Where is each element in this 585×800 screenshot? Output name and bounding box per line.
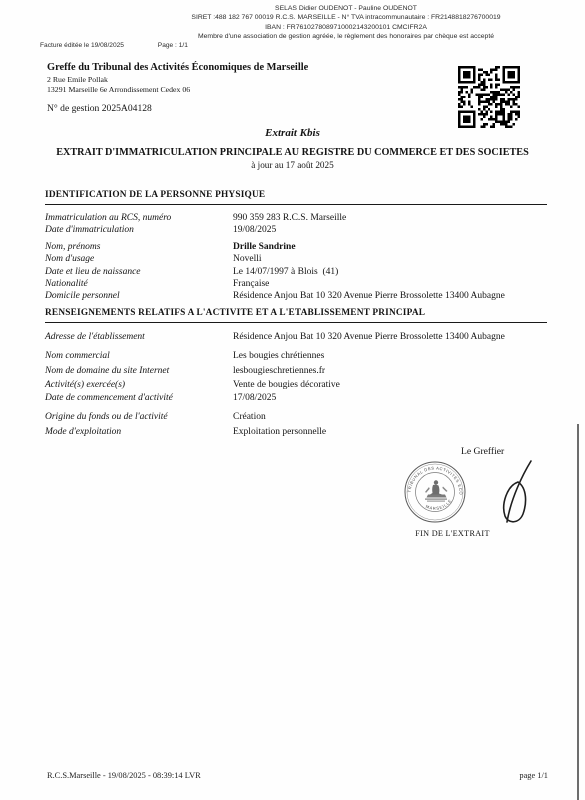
invoice-header-line4: Membre d'une association de gestion agré… — [148, 32, 544, 41]
invoice-header: SELAS Didier OUDENOT - Pauline OUDENOT S… — [148, 4, 544, 41]
greffe-address-line2: 13291 Marseille 6e Arrondissement Cedex … — [47, 85, 308, 95]
field-row-rcs-number: Immatriculation au RCS, numéro 990 359 2… — [45, 212, 547, 224]
field-value: Résidence Anjou Bat 10 320 Avenue Pierre… — [233, 331, 505, 343]
field-value: Vente de bougies décorative — [233, 379, 340, 391]
field-row-domain-name: Nom de domaine du site Internet lesbougi… — [45, 365, 547, 377]
field-label: Date de commencement d'activité — [45, 392, 233, 404]
field-value: Création — [233, 411, 266, 423]
section-title: IDENTIFICATION DE LA PERSONNE PHYSIQUE — [45, 189, 547, 205]
field-row-activities: Activité(s) exercée(s) Vente de bougies … — [45, 379, 547, 391]
field-label: Nationalité — [45, 278, 233, 290]
field-row-activity-start-date: Date de commencement d'activité 17/08/20… — [45, 392, 547, 404]
field-row-immatriculation-date: Date d'immatriculation 19/08/2025 — [45, 224, 547, 236]
document-as-of-date: à jour au 17 août 2025 — [0, 160, 585, 170]
section-identification: IDENTIFICATION DE LA PERSONNE PHYSIQUE I… — [45, 189, 547, 302]
field-value: 990 359 283 R.C.S. Marseille — [233, 212, 346, 224]
footer-page-number: page 1/1 — [519, 771, 548, 780]
field-value: 19/08/2025 — [233, 224, 276, 236]
field-label: Nom, prénoms — [45, 241, 233, 253]
scan-edge-artifact — [577, 424, 579, 800]
invoice-header-line1: SELAS Didier OUDENOT - Pauline OUDENOT — [148, 4, 544, 13]
field-value: Résidence Anjou Bat 10 320 Avenue Pierre… — [233, 290, 505, 302]
field-label: Nom commercial — [45, 350, 233, 362]
field-row-name: Nom, prénoms Drille Sandrine — [45, 241, 547, 253]
field-row-birth: Date et lieu de naissance Le 14/07/1997 … — [45, 266, 547, 278]
kbis-document-page: SELAS Didier OUDENOT - Pauline OUDENOT S… — [0, 0, 585, 800]
field-value: Les bougies chrétiennes — [233, 350, 324, 362]
invoice-header-line2: SIRET :488 182 767 00019 R.C.S. MARSEILL… — [148, 13, 544, 22]
greffe-address-line1: 2 Rue Emile Pollak — [47, 75, 308, 85]
field-label: Activité(s) exercée(s) — [45, 379, 233, 391]
invoice-meta: Facture éditée le 19/08/2025 Page : 1/1 — [40, 42, 188, 49]
invoice-date: Facture éditée le 19/08/2025 — [40, 42, 124, 49]
invoice-header-line3: IBAN : FR7610278089710002143200101 CMCIF… — [148, 23, 544, 32]
field-value: Exploitation personnelle — [233, 426, 326, 438]
svg-text:MARSEILLE: MARSEILLE — [425, 498, 453, 511]
section-activity: RENSEIGNEMENTS RELATIFS A L'ACTIVITE ET … — [45, 307, 547, 438]
court-seal-icon: TRIBUNAL DES ACTIVITES ECONOMIQUES MARSE… — [403, 460, 467, 529]
gestion-number: N° de gestion 2025A04128 — [47, 103, 308, 114]
field-label: Domicile personnel — [45, 290, 233, 302]
document-main-title: EXTRAIT D'IMMATRICULATION PRINCIPALE AU … — [20, 147, 565, 158]
field-label: Origine du fonds ou de l'activité — [45, 411, 233, 423]
field-row-nationality: Nationalité Française — [45, 278, 547, 290]
field-row-usage-name: Nom d'usage Novelli — [45, 253, 547, 265]
signature-scribble-icon — [491, 456, 539, 535]
field-row-trade-name: Nom commercial Les bougies chrétiennes — [45, 350, 547, 362]
greffe-name: Greffe du Tribunal des Activités Économi… — [47, 62, 308, 74]
field-value: Française — [233, 278, 269, 290]
field-label: Adresse de l'établissement — [45, 331, 233, 343]
field-value: Drille Sandrine — [233, 241, 296, 253]
field-value: lesbougieschretiennes.fr — [233, 365, 325, 377]
invoice-page-number: Page : 1/1 — [158, 42, 188, 49]
field-value: Novelli — [233, 253, 262, 265]
qr-code-icon — [458, 66, 520, 128]
field-label: Date et lieu de naissance — [45, 266, 233, 278]
field-row-fund-origin: Origine du fonds ou de l'activité Créati… — [45, 411, 547, 423]
field-label: Nom de domaine du site Internet — [45, 365, 233, 377]
field-row-home-address: Domicile personnel Résidence Anjou Bat 1… — [45, 290, 547, 302]
field-value: Le 14/07/1997 à Blois (41) — [233, 266, 338, 278]
section-title: RENSEIGNEMENTS RELATIFS A L'ACTIVITE ET … — [45, 307, 547, 323]
footer-reference: R.C.S.Marseille - 19/08/2025 - 08:39:14 … — [47, 771, 201, 780]
end-of-extract-label: FIN DE L'EXTRAIT — [395, 529, 510, 538]
field-value: 17/08/2025 — [233, 392, 276, 404]
field-label: Nom d'usage — [45, 253, 233, 265]
field-row-operation-mode: Mode d'exploitation Exploitation personn… — [45, 426, 547, 438]
field-label: Mode d'exploitation — [45, 426, 233, 438]
field-label: Immatriculation au RCS, numéro — [45, 212, 233, 224]
greffe-block: Greffe du Tribunal des Activités Économi… — [47, 62, 308, 114]
field-label: Date d'immatriculation — [45, 224, 233, 236]
document-type-title: Extrait Kbis — [0, 127, 585, 139]
field-row-establishment-address: Adresse de l'établissement Résidence Anj… — [45, 331, 547, 343]
